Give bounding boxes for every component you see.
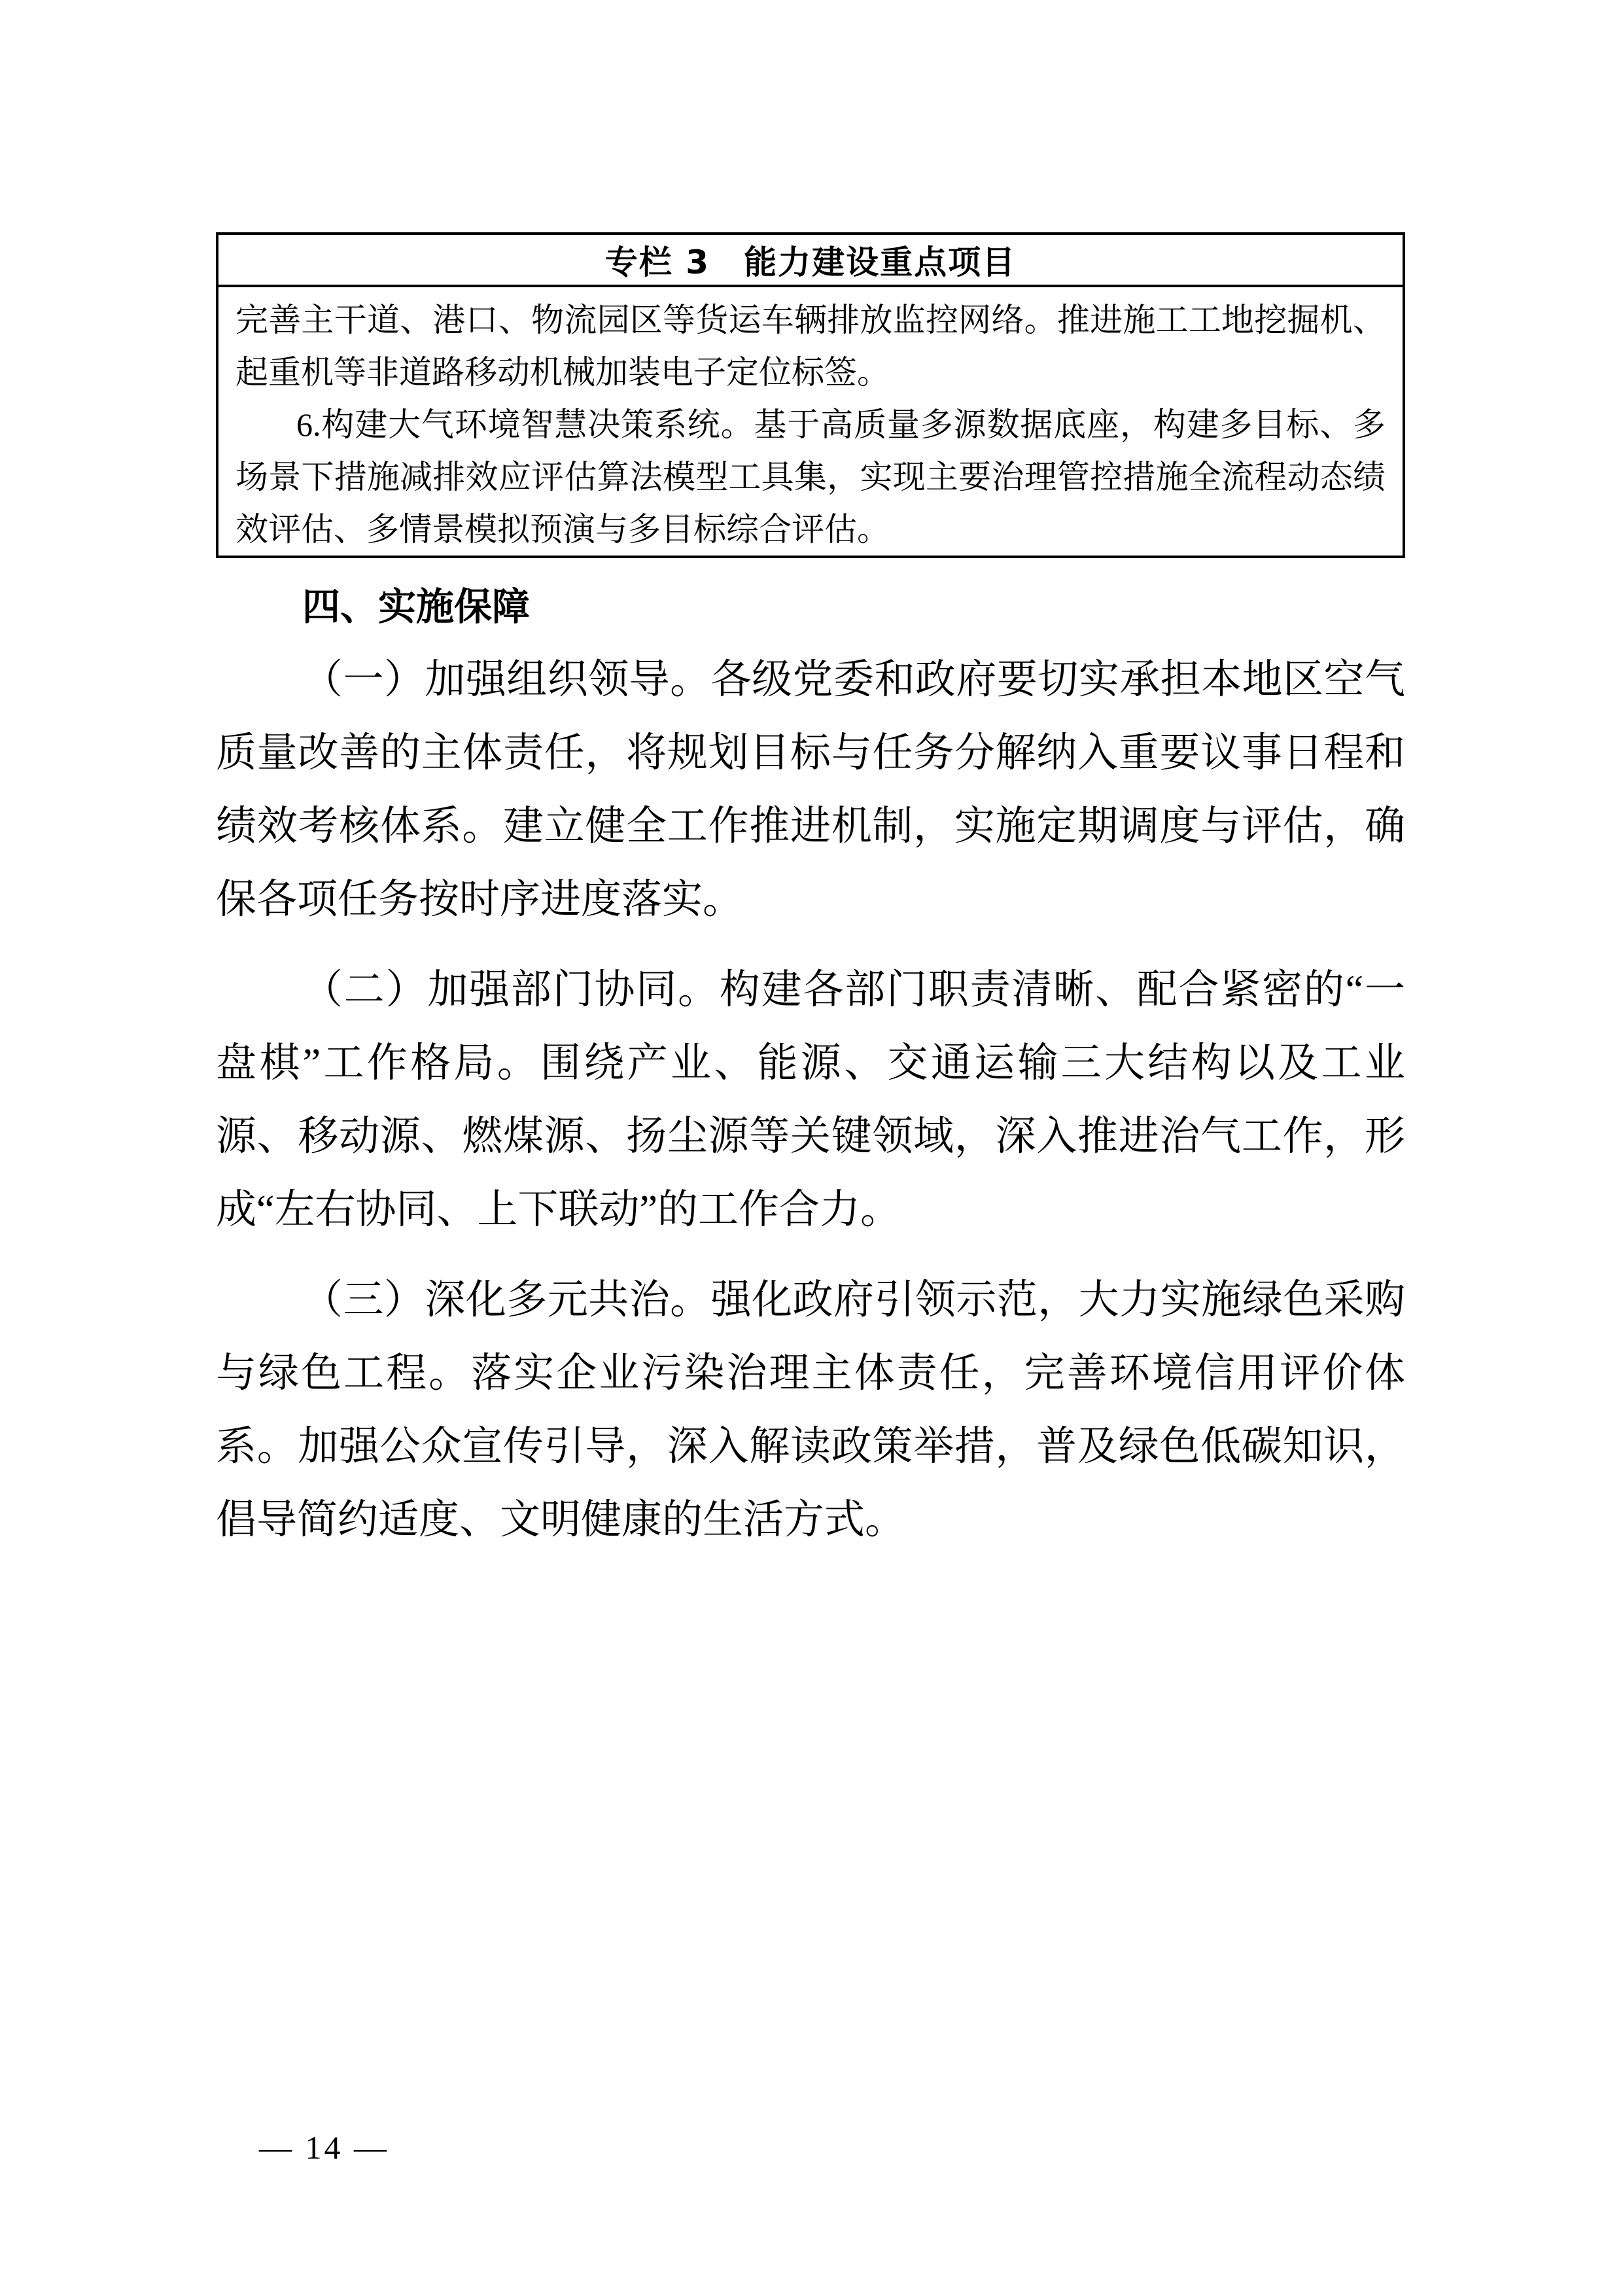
- section-heading: 四、实施保障: [216, 570, 1405, 643]
- column-box-paragraph: 完善主干道、港口、物流园区等货运车辆排放监控网络。推进施工工地挖掘机、起重机等非…: [236, 294, 1386, 398]
- document-page: 专栏 3 能力建设重点项目 完善主干道、港口、物流园区等货运车辆排放监控网络。推…: [0, 0, 1623, 2296]
- page-number: — 14 —: [259, 2128, 389, 2167]
- page-content: 专栏 3 能力建设重点项目 完善主干道、港口、物流园区等货运车辆排放监控网络。推…: [216, 232, 1405, 1557]
- column-box-body: 完善主干道、港口、物流园区等货运车辆排放监控网络。推进施工工地挖掘机、起重机等非…: [218, 287, 1403, 556]
- body-paragraph: （二）加强部门协同。构建各部门职责清晰、配合紧密的“一盘棋”工作格局。围绕产业、…: [216, 953, 1405, 1246]
- body-paragraph: （三）深化多元共治。强化政府引领示范，大力实施绿色采购与绿色工程。落实企业污染治…: [216, 1263, 1405, 1557]
- column-box: 专栏 3 能力建设重点项目 完善主干道、港口、物流园区等货运车辆排放监控网络。推…: [216, 232, 1405, 558]
- column-box-paragraph: 6.构建大气环境智慧决策系统。基于高质量多源数据底座，构建多目标、多场景下措施减…: [236, 398, 1386, 556]
- column-box-title: 专栏 3 能力建设重点项目: [218, 235, 1403, 287]
- body-paragraph: （一）加强组织领导。各级党委和政府要切实承担本地区空气质量改善的主体责任，将规划…: [216, 643, 1405, 936]
